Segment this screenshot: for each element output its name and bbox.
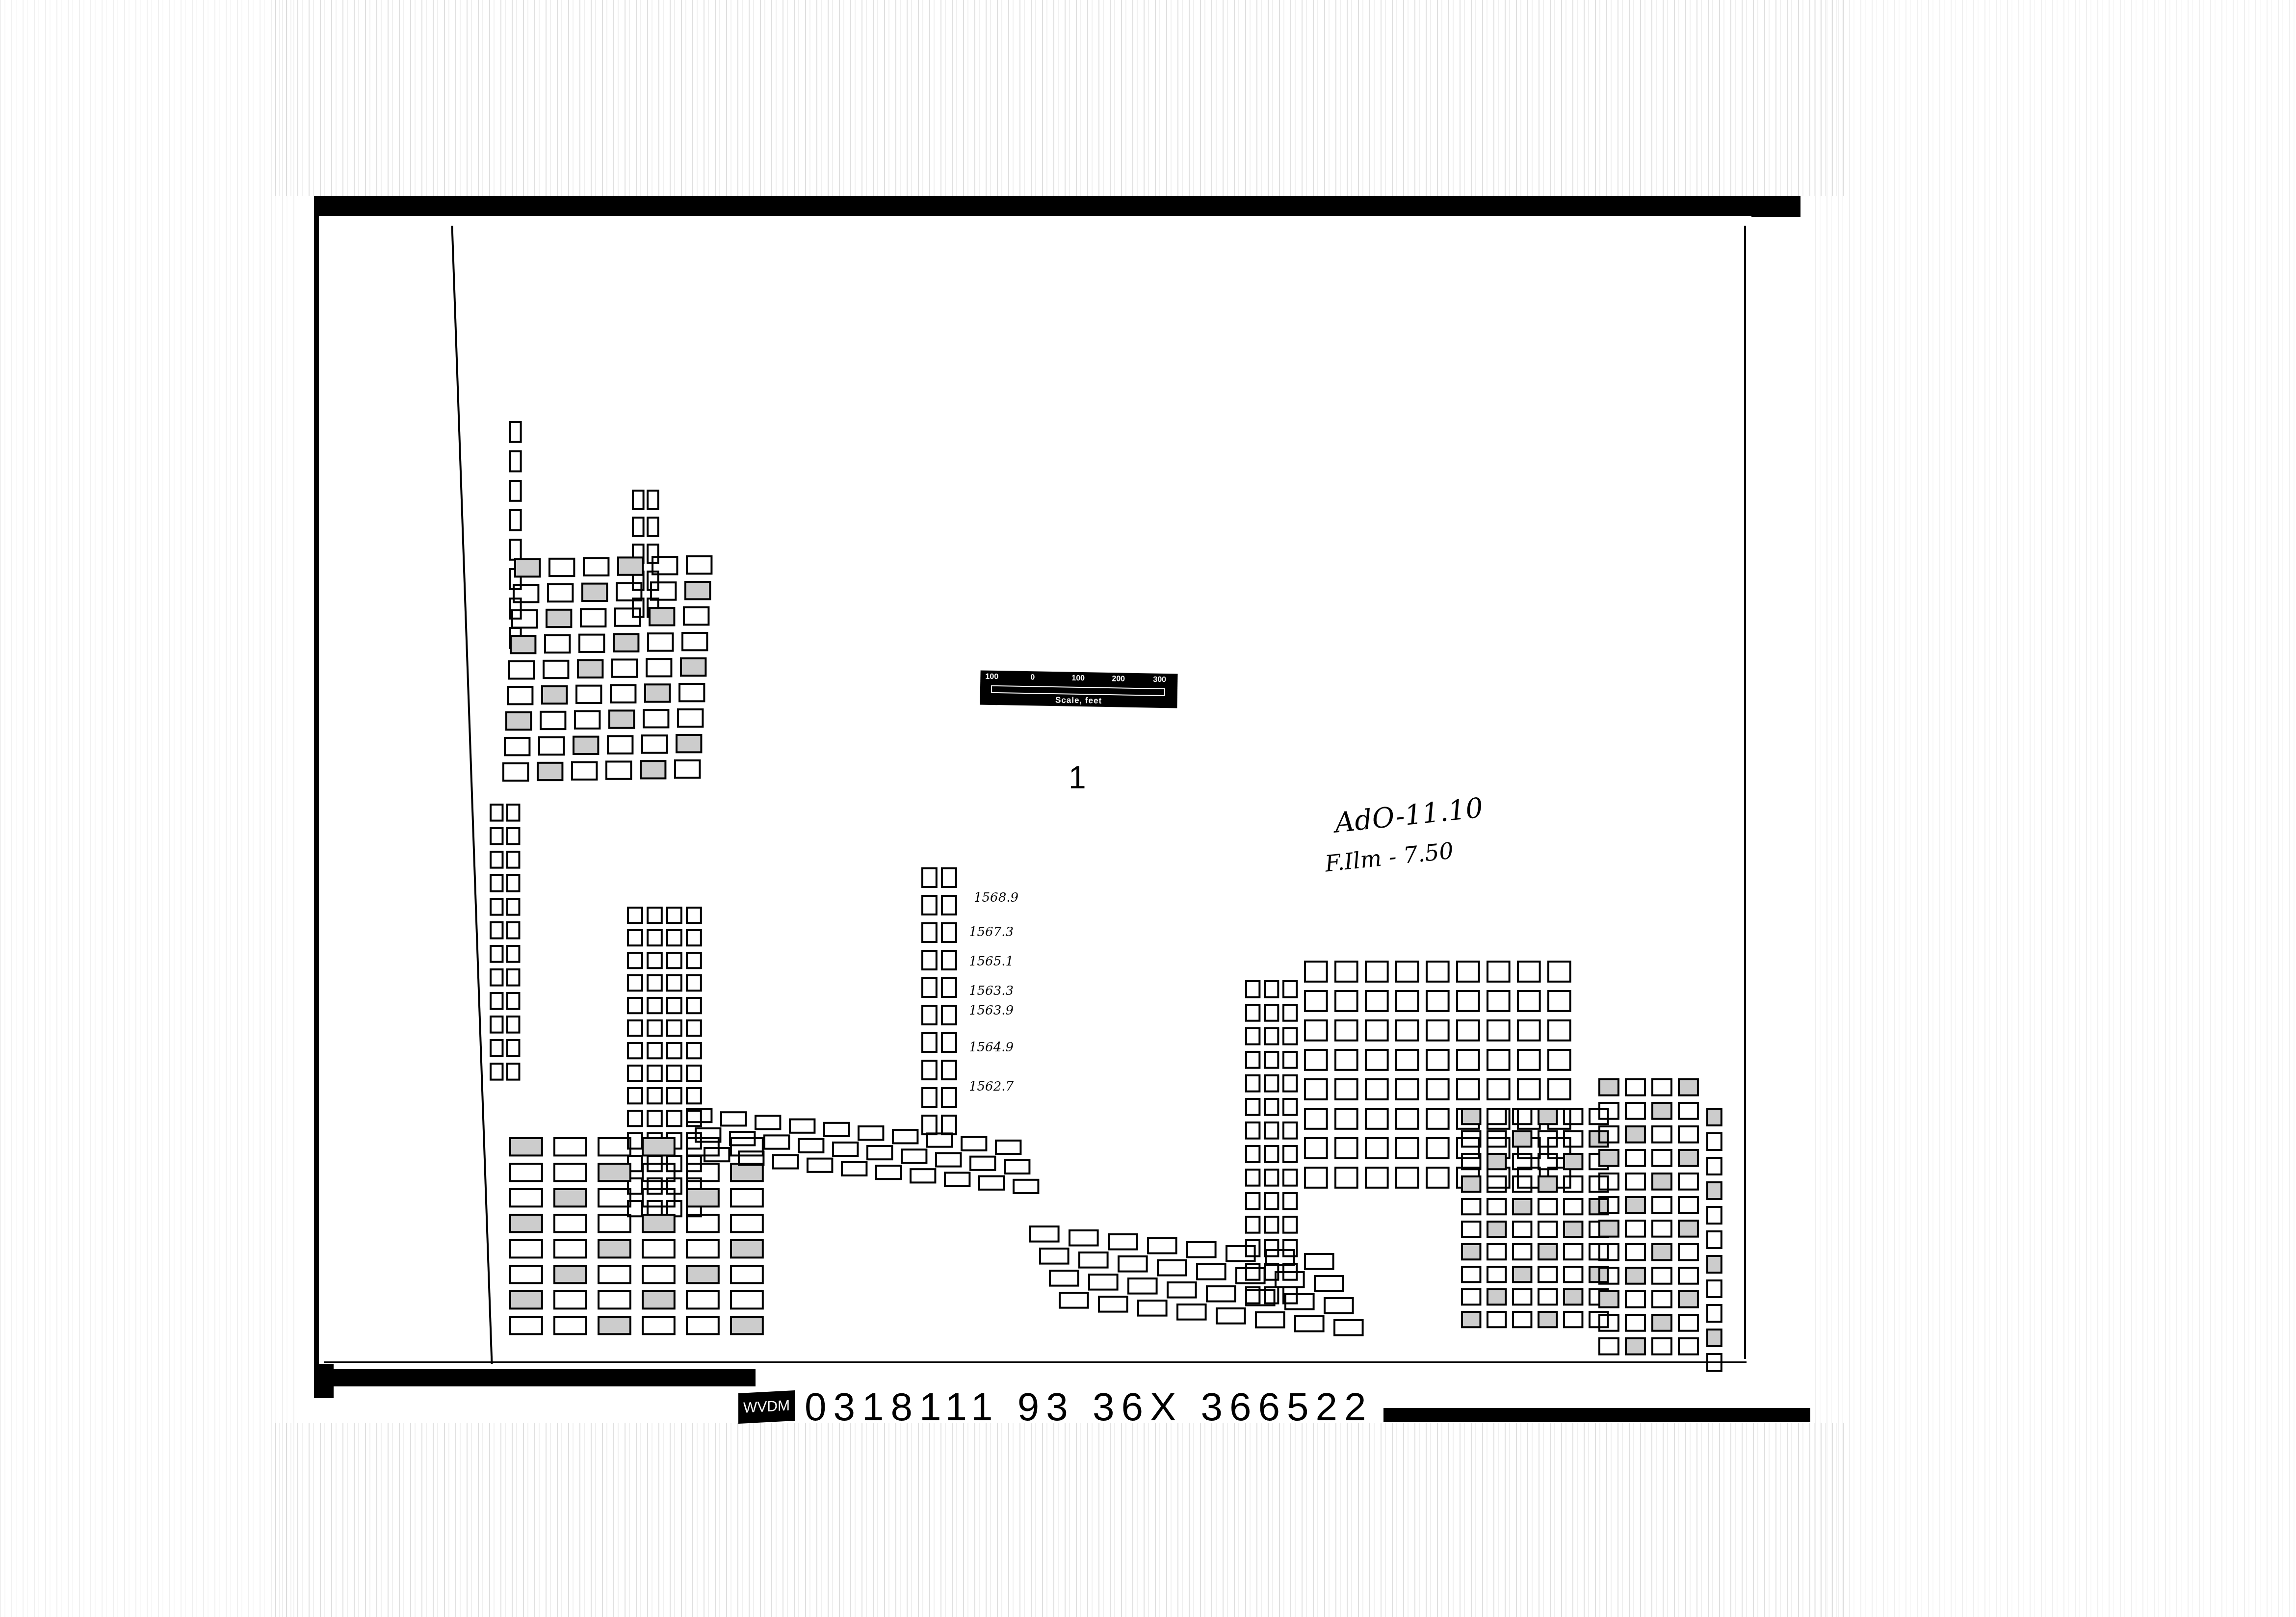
- scale-tick: 0: [1030, 673, 1035, 682]
- elevation-label: 1567.3: [969, 925, 1014, 939]
- elevation-label: 1563.9: [969, 1003, 1014, 1018]
- microfilm-id-strip: WVDM 0318111 93 36X 366522: [738, 1383, 1373, 1431]
- scale-tick: 300: [1153, 676, 1166, 684]
- elevation-label: 1565.1: [969, 954, 1014, 969]
- sheet-number: 1: [1069, 759, 1086, 796]
- scale-tick: 100: [985, 673, 998, 681]
- scale-label: Scale, feet: [980, 694, 1177, 707]
- scale-tick: 100: [1071, 674, 1085, 683]
- elevation-label: 1562.7: [969, 1079, 1014, 1094]
- elevation-label: 1568.9: [974, 890, 1018, 905]
- elevation-label: 1563.3: [969, 984, 1014, 998]
- microfilm-id-number: 0318111 93 36X 366522: [805, 1384, 1373, 1430]
- mine-workings: [0, 0, 2296, 1617]
- wvdm-badge: WVDM: [738, 1390, 795, 1424]
- elevation-label: 1564.9: [969, 1040, 1014, 1055]
- scale-tick: 200: [1112, 675, 1125, 683]
- scale-bar: 100 0 100 200 300 Scale, feet: [980, 670, 1177, 708]
